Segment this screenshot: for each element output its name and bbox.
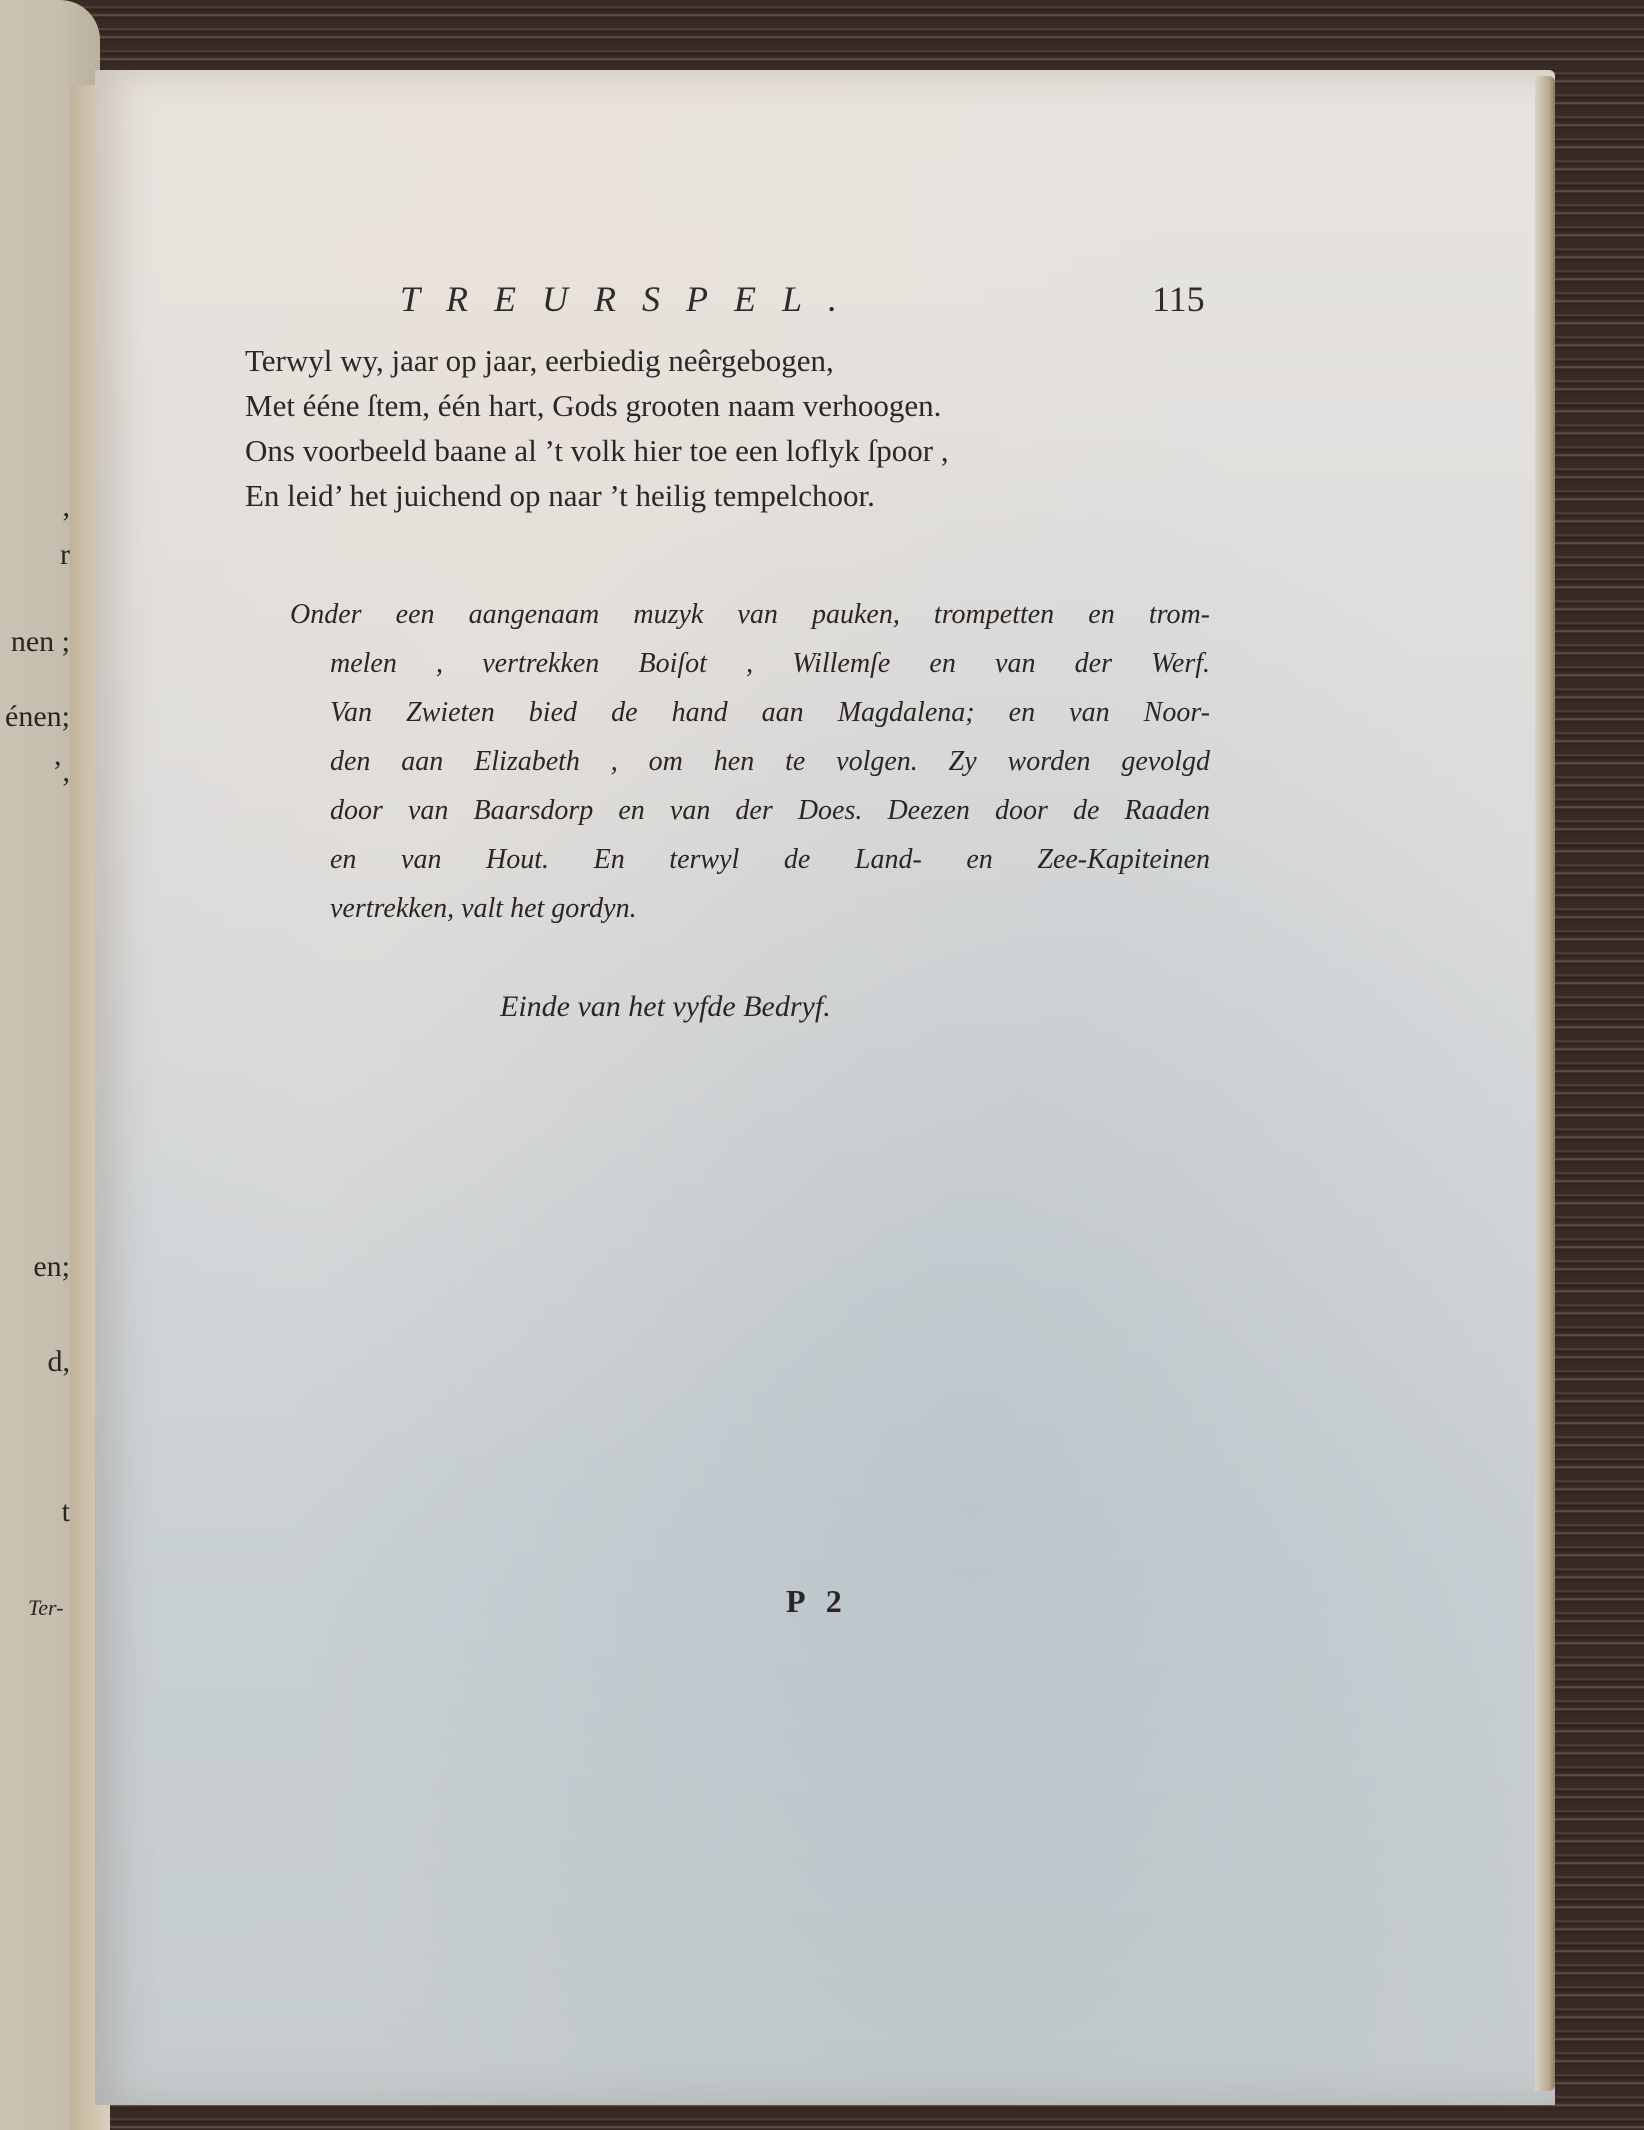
left-page-fragment: r: [0, 538, 70, 572]
signature-mark: P 2: [786, 1583, 842, 1620]
verse-line: Met ééne ſtem, één hart, Gods grooten na…: [245, 383, 949, 428]
left-page-fragment: Ter-: [28, 1595, 98, 1621]
stage-direction-line: melen , vertrekken Boiſot , Willemſe en …: [290, 639, 1210, 688]
verse-line: Terwyl wy, jaar op jaar, eerbiedig neêrg…: [245, 338, 949, 383]
page-edge: [1535, 76, 1555, 2091]
act-end-note: Einde van het vyfde Bedryf.: [500, 990, 831, 1024]
stage-direction-line: den aan Elizabeth , om hen te volgen. Zy…: [290, 737, 1210, 786]
verse-block: Terwyl wy, jaar op jaar, eerbiedig neêrg…: [245, 338, 949, 518]
stage-direction-line: en van Hout. En terwyl de Land- en Zee-K…: [290, 835, 1210, 884]
left-page-fragment: en;: [0, 1250, 70, 1284]
stage-direction-line: Onder een aangenaam muzyk van pauken, tr…: [290, 590, 1210, 639]
running-head: TREURSPEL.: [400, 278, 863, 320]
verse-line: Ons voorbeeld baane al ’t volk hier toe …: [245, 428, 949, 473]
left-page-fragment: d,: [0, 1345, 70, 1379]
left-page-fragment: t: [0, 1495, 70, 1529]
stage-direction-line: Van Zwieten bied de hand aan Magdalena; …: [290, 688, 1210, 737]
verse-line: En leid’ het juichend op naar ’t heilig …: [245, 473, 949, 518]
left-page-fragment: ’,: [0, 755, 70, 789]
stage-direction: Onder een aangenaam muzyk van pauken, tr…: [290, 590, 1210, 933]
stage-direction-line: door van Baarsdorp en van der Does. Deez…: [290, 786, 1210, 835]
page-number: 115: [1152, 278, 1205, 320]
left-page-fragment: ,: [0, 490, 70, 524]
stage-direction-line: vertrekken, valt het gordyn.: [290, 884, 1210, 933]
left-page-fragment: nen ;: [0, 625, 70, 659]
left-page-fragment: énen;: [0, 700, 70, 734]
